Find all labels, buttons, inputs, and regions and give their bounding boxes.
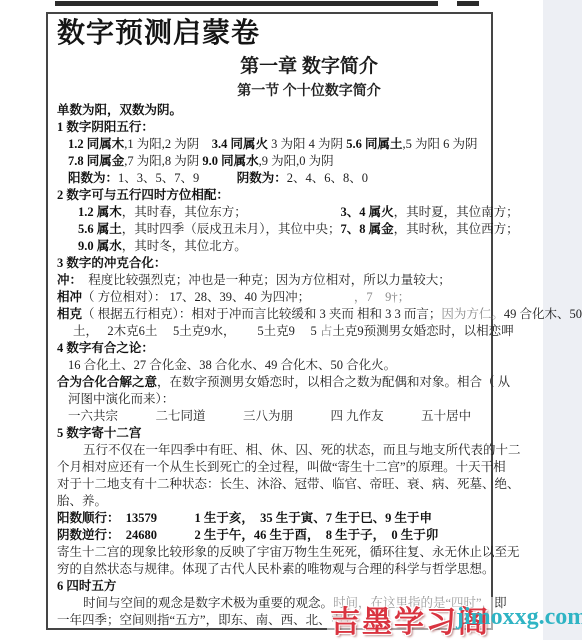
body-line: 9.0 属水，其时冬，其位北方。 xyxy=(57,238,557,255)
body-line-segment: 土， 2木克6土 5土克9水， 5土克9 5 xyxy=(73,324,320,338)
body-line: 5.6 属土，其时四季（辰戍丑未月），其位中央；7、8 属金，其时秋，其位西方； xyxy=(57,221,557,238)
body-line: 穷的自然状态与规律。体现了古代人民朴素的唯物观与合理的科学与哲学思想。 xyxy=(57,561,557,578)
body-line-segment: 5.6 属土 xyxy=(78,222,122,236)
body-line-segment: 3 数字的冲克合化： xyxy=(57,256,166,270)
body-line-segment: 49 合化木、50 占 xyxy=(504,307,582,321)
section-heading: 第一节 个十位数字简介 xyxy=(99,81,519,102)
body-line-segment: 五行不仅在一年四季中有旺、相、休、囚、死的状态，而且与地支所代表的十二 xyxy=(83,443,521,457)
body-line-segment: 程度比较强烈克；冲也是一种克；因为方位相对，所以力量较大； xyxy=(76,273,451,287)
body-line-segment: ，其时秋，其位西方； xyxy=(394,222,519,236)
body-line-segment: 河图中演化而来）： xyxy=(68,392,174,406)
body-line-segment: 胎、养。 xyxy=(57,494,107,508)
body-line-segment: 占 xyxy=(320,324,333,338)
body-line-segment: 穷的自然状态与规律。体现了古代人民朴素的唯物观与合理的科学与哲学思想。 xyxy=(57,562,495,576)
previous-page-edge-bar xyxy=(55,1,438,6)
body-line-segment: ，在数字预测男女婚恋时，以相合之数为配偶和对象。相合（ 从 xyxy=(157,375,510,389)
body-line-segment: 3 为阳 4 为阴 xyxy=(268,137,346,151)
body-line-segment: 9.0 属水 xyxy=(78,239,122,253)
body-line: 单数为阳，双数为阴。 xyxy=(57,102,557,119)
body-line-segment: 寄生十二宫的现象比较形象的反映了宇宙万物生生死死，循环往复、永无休止以至无 xyxy=(57,545,520,559)
body-line: 个月相对应还有一个从生长到死亡的全过程，叫做“寄生十二宫”的原理。十天干相 xyxy=(57,459,557,476)
body-line-segment: 3、4 属火 xyxy=(341,205,394,219)
document-title: 数字预测启蒙卷 xyxy=(57,16,557,54)
body-line-segment: ，其时春，其位东方； xyxy=(122,205,341,219)
body-line: 土， 2木克6土 5土克9水， 5土克9 5 占土克9预测男女婚恋时，以相恋呷 xyxy=(57,323,557,340)
body-line-segment: 5 数字寄十二宫 xyxy=(57,426,141,440)
body-line-segment: 1.2 同属木 xyxy=(68,137,124,151)
body-line-segment: 9.0 同属水 xyxy=(202,154,258,168)
body-line-segment: 16 合化土、27 合化金、38 合化水、49 合化木、50 合化火。 xyxy=(68,358,396,372)
body-line-segment: 一年四季；空间则指“五方”，即东、南、西、北、中五 xyxy=(57,613,356,627)
body-line: 5 数字寄十二宫 xyxy=(57,425,557,442)
body-line-segment: （ 方位相对）： 17、28、39、40 为四冲； xyxy=(82,290,304,304)
body-line-segment: 1.2 属木 xyxy=(78,205,122,219)
body-line: 1.2 属木，其时春，其位东方； 3、4 属火，其时夏，其位南方； xyxy=(57,204,557,221)
body-line: 阴数逆行： 24680 2 生于午，46 生于酉， 8 生于子， 0 生于卯 xyxy=(57,527,557,544)
body-line-segment: 阴数逆行： 24680 2 生于午，46 生于酉， 8 生于子， 0 生于卯 xyxy=(57,528,438,542)
body-line-segment: 个月相对应还有一个从生长到死亡的全过程，叫做“寄生十二宫”的原理。十天干相 xyxy=(57,460,506,474)
body-line-segment: （ 根据五行相克）：相对于冲而言比较缓和 3 夹而 相和 3 3 而言； xyxy=(82,307,441,321)
watermark-site-url: jimoxxg.com xyxy=(456,604,582,631)
body-line: 2 数字可与五行四时方位相配： xyxy=(57,187,557,204)
body-line: 1.2 同属木,1 为阳,2 为阴 3.4 同属火 3 为阳 4 为阴 5.6 … xyxy=(57,136,557,153)
body-line-segment: 相克 xyxy=(57,307,82,321)
body-line-segment: 5.6 同属土 xyxy=(346,137,402,151)
body-line-segment: 4 数字有合之论： xyxy=(57,341,154,355)
body-line: 河图中演化而来）： xyxy=(57,391,557,408)
body-line: 4 数字有合之论： xyxy=(57,340,557,357)
body-line: 16 合化土、27 合化金、38 合化水、49 合化木、50 合化火。 xyxy=(57,357,557,374)
body-line: 阳数顺行： 13579 1 生于亥， 35 生于寅、7 生于巳、9 生于申 xyxy=(57,510,557,527)
body-line: 阳数为：1、3、5、7、9 阴数为：2、4、6、8、0 xyxy=(57,170,557,187)
body-line: 胎、养。 xyxy=(57,493,557,510)
scanned-page: 数字预测启蒙卷 第一章 数字简介 第一节 个十位数字简介 单数为阳，双数为阴。1… xyxy=(0,0,582,640)
body-line-segment: 6 四时五方 xyxy=(57,579,116,593)
body-line-segment: 7、8 属金 xyxy=(341,222,394,236)
page-content: 数字预测启蒙卷 第一章 数字简介 第一节 个十位数字简介 单数为阳，双数为阴。1… xyxy=(57,16,557,629)
body-line-segment: ,5 为阳 6 为阴 xyxy=(402,137,477,151)
body-line: 五行不仅在一年四季中有旺、相、休、囚、死的状态，而且与地支所代表的十二 xyxy=(57,442,557,459)
chapter-heading: 第一章 数字简介 xyxy=(99,54,519,81)
body-line: 冲： 程度比较强烈克；冲也是一种克；因为方位相对，所以力量较大； xyxy=(57,272,557,289)
body-line-segment: 2 数字可与五行四时方位相配： xyxy=(57,188,229,202)
body-line: 一六共宗 二七同道 三八为朋 四 九作友 五十居中 xyxy=(57,408,557,425)
body-line-segment: ,1 为阳,2 为阴 xyxy=(124,137,212,151)
body-line: 合为合化合解之意，在数字预测男女婚恋时，以相合之数为配偶和对象。相合（ 从 xyxy=(57,374,557,391)
body-line-segment: 因为方仁。 xyxy=(441,307,504,321)
body-line-segment: 合为合化合解之意 xyxy=(57,375,157,389)
body-line-segment: 2、4、6、8、0 xyxy=(287,171,368,185)
body-line-segment: 土克9预测男女婚恋时，以相恋呷 xyxy=(332,324,513,338)
body-line: 6 四时五方 xyxy=(57,578,557,595)
body-line-segment: 阴数为： xyxy=(237,171,287,185)
body-line-segment: ，其时冬，其位北方。 xyxy=(122,239,247,253)
body-line-segment: 单数为阳，双数为阴。 xyxy=(57,103,182,117)
body-line-segment: ，其时四季（辰戍丑未月），其位中央； xyxy=(122,222,341,236)
body-line-segment: 1、3、5、7、9 xyxy=(118,171,237,185)
body-line-segment: 阳数顺行： 13579 1 生于亥， 35 生于寅、7 生于巳、9 生于申 xyxy=(57,511,432,525)
body-line-segment: ,7 为阳,8 为阴 xyxy=(124,154,202,168)
body-line: 相冲（ 方位相对）： 17、28、39、40 为四冲； ，7 9†； xyxy=(57,289,557,306)
body-line-segment: ，7 9†； xyxy=(304,290,410,304)
body-line: 7.8 同属金,7 为阳,8 为阴 9.0 同属水,9 为阳,0 为阴 xyxy=(57,153,557,170)
body-line: 寄生十二宫的现象比较形象的反映了宇宙万物生生死死，循环往复、永无休止以至无 xyxy=(57,544,557,561)
body-lines: 单数为阳，双数为阴。1 数字阴阳五行：1.2 同属木,1 为阳,2 为阴 3.4… xyxy=(57,102,557,629)
body-line-segment: 一六共宗 二七同道 三八为朋 四 九作友 五十居中 xyxy=(68,409,471,423)
body-line: 1 数字阴阳五行： xyxy=(57,119,557,136)
body-line: 对于十二地支有十二种状态：长生、沐浴、冠带、临官、帝旺、衰、病、死墓、绝、 xyxy=(57,476,557,493)
previous-page-edge-bar-fragment xyxy=(457,1,479,6)
body-line-segment: 阳数为： xyxy=(68,171,118,185)
body-line-segment: 1 数字阴阳五行： xyxy=(57,120,154,134)
body-line-segment: ，其时夏，其位南方； xyxy=(394,205,519,219)
body-line: 3 数字的冲克合化： xyxy=(57,255,557,272)
body-line: 相克（ 根据五行相克）：相对于冲而言比较缓和 3 夹而 相和 3 3 而言；因为… xyxy=(57,306,557,323)
body-line-segment: 冲： xyxy=(57,273,76,287)
body-line-segment: ,9 为阳,0 为阴 xyxy=(259,154,334,168)
body-line-segment: 对于十二地支有十二种状态：长生、沐浴、冠带、临官、帝旺、衰、病、死墓、绝、 xyxy=(57,477,520,491)
body-line-segment: 7.8 同属金 xyxy=(68,154,124,168)
body-line-segment: 3.4 同属火 xyxy=(212,137,268,151)
body-line-segment: 相冲 xyxy=(57,290,82,304)
